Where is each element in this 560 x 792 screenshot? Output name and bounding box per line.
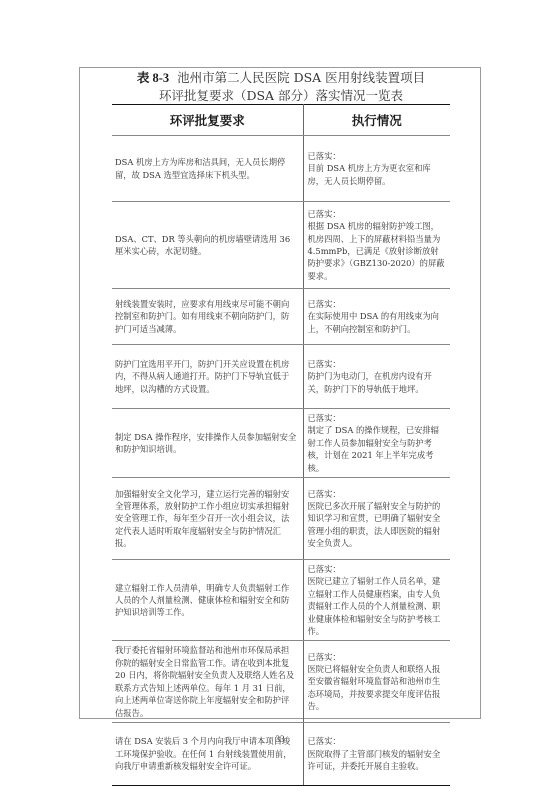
execution-text: 医院取得了主管部门核发的辐射安全许可证，并委托开展自主验收。 xyxy=(308,749,441,771)
table-row: DSA、CT、DR 等头朝向的机房墙壁请选用 36 厘米实心砖，水泥切缝。已落实… xyxy=(112,202,450,289)
execution-text: 目前 DSA 机房上方为更衣室和库房，无人员长期停留。 xyxy=(308,163,431,185)
table-caption: 表 8-3池州市第二人民医院 DSA 医用射线装置项目 环评批复要求（DSA 部… xyxy=(112,69,450,104)
execution-cell: 已落实：目前 DSA 机房上方为更衣室和库房，无人员长期停留。 xyxy=(303,136,450,202)
status-label: 已落实： xyxy=(308,358,447,370)
caption-title-line2: 环评批复要求（DSA 部分）落实情况一览表 xyxy=(112,87,450,104)
table-row: DSA 机房上方为库房和洁具间，无人员长期停留，故 DSA 选型宜选择床下机头型… xyxy=(112,136,450,202)
table-row: 请在 DSA 安装后 3 个月内向我厅申请本项目竣工环境保护验收。在任何 1 台… xyxy=(112,722,450,785)
requirement-cell: DSA、CT、DR 等头朝向的机房墙壁请选用 36 厘米实心砖，水泥切缝。 xyxy=(112,202,303,289)
execution-cell: 已落实：制定了 DSA 的操作规程，已安排辐射工作人员参加辐射安全与防护考核，计… xyxy=(303,409,450,478)
requirement-cell: 建立辐射工作人员清单，明确专人负责辐射工作人员的个人剂量检测、健康体检和辐射安全… xyxy=(112,560,303,641)
execution-text: 制定了 DSA 的操作规程，已安排辐射工作人员参加辐射安全与防护考核，计划在 2… xyxy=(308,425,439,472)
requirement-cell: 请在 DSA 安装后 3 个月内向我厅申请本项目竣工环境保护验收。在任何 1 台… xyxy=(112,722,303,785)
execution-text: 医院已建立了辐射工作人员名单，建立辐射工作人员健康档案，由专人负责辐射工作人员的… xyxy=(308,576,441,636)
page-number: 33 xyxy=(260,734,300,744)
requirement-cell: 制定 DSA 操作程序，安排操作人员参加辐射安全和防护知识培训。 xyxy=(112,409,303,478)
requirement-cell: 我厅委托省辐射环境监督站和池州市环保局承担你院的辐射安全日常监管工作。请在收到本… xyxy=(112,641,303,722)
execution-text: 防护门为电动门，在机房内设有开关，防护门下的导轨低于地坪。 xyxy=(308,371,432,393)
status-label: 已落实： xyxy=(308,412,447,424)
status-label: 已落实： xyxy=(308,488,447,500)
execution-cell: 已落实：医院已多次开展了辐射安全与防护的知识学习和宣贯，已明确了辐射安全管理小组… xyxy=(303,478,450,560)
status-label: 已落实： xyxy=(308,563,447,575)
status-label: 已落实： xyxy=(308,735,447,747)
execution-cell: 已落实：医院已建立了辐射工作人员名单，建立辐射工作人员健康档案，由专人负责辐射工… xyxy=(303,560,450,641)
table-row: 加强辐射安全文化学习，建立运行完善的辐射安全管理体系，放射防护工作小组应切实承担… xyxy=(112,478,450,560)
execution-text: 在实际使用中 DSA 的有用线束为向上，不朝向控制室和防护门。 xyxy=(308,311,439,333)
execution-cell: 已落实：医院已将辐射安全负责人和联络人报至安徽省辐射环境监督站和池州市生态环境局… xyxy=(303,641,450,722)
table-header-row: 环评批复要求 执行情况 xyxy=(112,105,450,136)
table-row: 制定 DSA 操作程序，安排操作人员参加辐射安全和防护知识培训。已落实：制定了 … xyxy=(112,409,450,478)
caption-line-1: 表 8-3池州市第二人民医院 DSA 医用射线装置项目 xyxy=(112,69,450,87)
table-row: 射线装置安装时，应要求有用线束尽可能不朝向控制室和防护门。如有用线束不朝向防护门… xyxy=(112,289,450,345)
table-number: 表 8-3 xyxy=(137,71,169,85)
execution-cell: 已落实：根据 DSA 机房的辐射防护竣工图，机房四周、上下的屏蔽材料铅当量为 4… xyxy=(303,202,450,289)
execution-text: 医院已将辐射安全负责人和联络人报至安徽省辐射环境监督站和池州市生态环境局，并按要… xyxy=(308,664,441,711)
requirements-table: 环评批复要求 执行情况 DSA 机房上方为库房和洁具间，无人员长期停留，故 DS… xyxy=(112,104,450,786)
requirement-cell: 射线装置安装时，应要求有用线束尽可能不朝向控制室和防护门。如有用线束不朝向防护门… xyxy=(112,289,303,345)
execution-cell: 已落实：防护门为电动门，在机房内设有开关，防护门下的导轨低于地坪。 xyxy=(303,345,450,409)
requirement-cell: 加强辐射安全文化学习，建立运行完善的辐射安全管理体系，放射防护工作小组应切实承担… xyxy=(112,478,303,560)
table-row: 我厅委托省辐射环境监督站和池州市环保局承担你院的辐射安全日常监管工作。请在收到本… xyxy=(112,641,450,722)
table-row: 建立辐射工作人员清单，明确专人负责辐射工作人员的个人剂量检测、健康体检和辐射安全… xyxy=(112,560,450,641)
execution-cell: 已落实：医院取得了主管部门核发的辐射安全许可证，并委托开展自主验收。 xyxy=(303,722,450,785)
status-label: 已落实： xyxy=(308,651,447,663)
header-requirement: 环评批复要求 xyxy=(112,105,303,136)
execution-text: 根据 DSA 机房的辐射防护竣工图，机房四周、上下的屏蔽材料铅当量为 4.5mm… xyxy=(308,221,445,281)
status-label: 已落实： xyxy=(308,208,447,220)
execution-text: 医院已多次开展了辐射安全与防护的知识学习和宣贯，已明确了辐射安全管理小组的职责，… xyxy=(308,501,441,548)
header-execution: 执行情况 xyxy=(303,105,450,136)
status-label: 已落实： xyxy=(308,150,447,162)
requirement-cell: 防护门宜选用平开门，防护门开关应设置在机房内，不得从病人通道打开。防护门下导轨宜… xyxy=(112,345,303,409)
requirement-cell: DSA 机房上方为库房和洁具间，无人员长期停留，故 DSA 选型宜选择床下机头型… xyxy=(112,136,303,202)
table-row: 防护门宜选用平开门，防护门开关应设置在机房内，不得从病人通道打开。防护门下导轨宜… xyxy=(112,345,450,409)
status-label: 已落实： xyxy=(308,298,447,310)
execution-cell: 已落实：在实际使用中 DSA 的有用线束为向上，不朝向控制室和防护门。 xyxy=(303,289,450,345)
caption-title-line1: 池州市第二人民医院 DSA 医用射线装置项目 xyxy=(177,70,425,85)
